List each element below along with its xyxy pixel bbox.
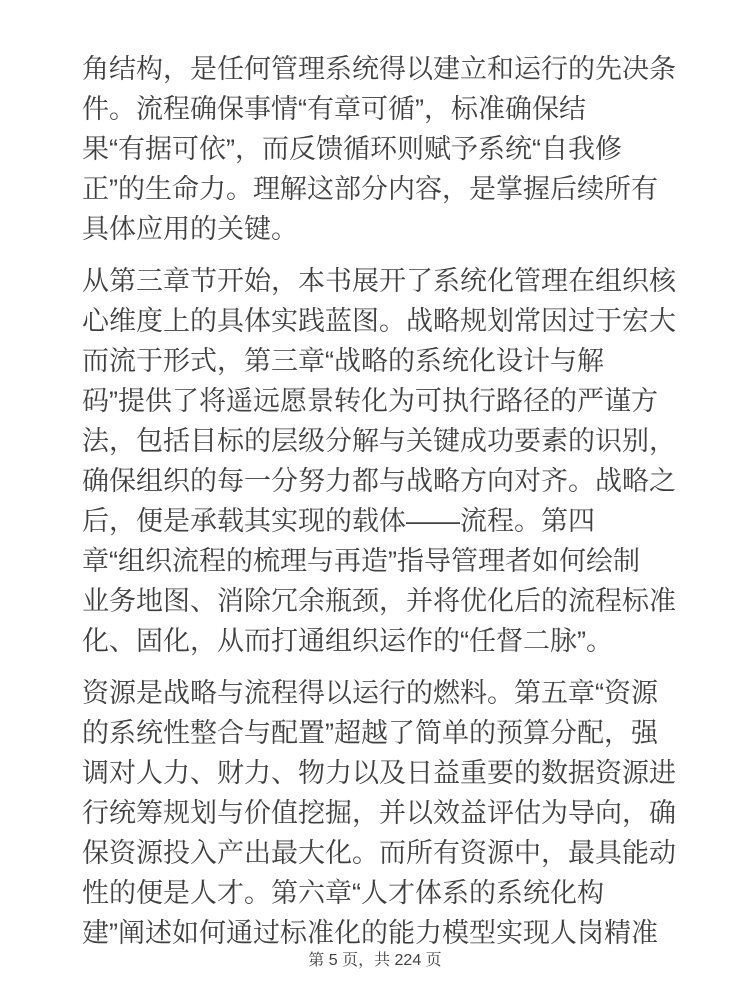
text-line: 保资源投入产出最大化。而所有资源中，最具能动 — [82, 833, 682, 873]
text-line: 具体应用的关键。 — [82, 209, 682, 249]
text-line: 而流于形式，第三章“战略的系统化设计与解 — [82, 341, 682, 381]
text-line: 后，便是承载其实现的载体——流程。第四 — [82, 501, 682, 541]
document-page-content: 角结构，是任何管理系统得以建立和运行的先决条 件。流程确保事情“有章可循”，标准… — [82, 49, 682, 965]
text-line: 确保组织的每一分努力都与战略方向对齐。战略之 — [82, 461, 682, 501]
text-line: 码”提供了将遥远愿景转化为可执行路径的严谨方 — [82, 381, 682, 421]
page-number-footer: 第 5 页，共 224 页 — [0, 951, 750, 971]
text-line: 正”的生命力。理解这部分内容，是掌握后续所有 — [82, 169, 682, 209]
text-line: 建”阐述如何通过标准化的能力模型实现人岗精准 — [82, 913, 682, 953]
text-line: 件。流程确保事情“有章可循”，标准确保结 — [82, 89, 682, 129]
text-line: 业务地图、消除冗余瓶颈，并将优化后的流程标准 — [82, 581, 682, 621]
text-line: 化、固化，从而打通组织运作的“任督二脉”。 — [82, 621, 682, 661]
text-line: 性的便是人才。第六章“人才体系的系统化构 — [82, 873, 682, 913]
paragraph: 资源是战略与流程得以运行的燃料。第五章“资源 的系统性整合与配置”超越了简单的预… — [82, 673, 682, 953]
text-line: 资源是战略与流程得以运行的燃料。第五章“资源 — [82, 673, 682, 713]
text-line: 的系统性整合与配置”超越了简单的预算分配，强 — [82, 713, 682, 753]
text-line: 章“组织流程的梳理与再造”指导管理者如何绘制 — [82, 541, 682, 581]
text-line: 法，包括目标的层级分解与关键成功要素的识别， — [82, 421, 682, 461]
text-line: 行统筹规划与价值挖掘，并以效益评估为导向，确 — [82, 793, 682, 833]
paragraph: 角结构，是任何管理系统得以建立和运行的先决条 件。流程确保事情“有章可循”，标准… — [82, 49, 682, 249]
text-line: 心维度上的具体实践蓝图。战略规划常因过于宏大 — [82, 301, 682, 341]
text-line: 角结构，是任何管理系统得以建立和运行的先决条 — [82, 49, 682, 89]
text-line: 果“有据可依”，而反馈循环则赋予系统“自我修 — [82, 129, 682, 169]
paragraph: 从第三章节开始，本书展开了系统化管理在组织核 心维度上的具体实践蓝图。战略规划常… — [82, 261, 682, 661]
text-line: 从第三章节开始，本书展开了系统化管理在组织核 — [82, 261, 682, 301]
text-line: 调对人力、财力、物力以及日益重要的数据资源进 — [82, 753, 682, 793]
